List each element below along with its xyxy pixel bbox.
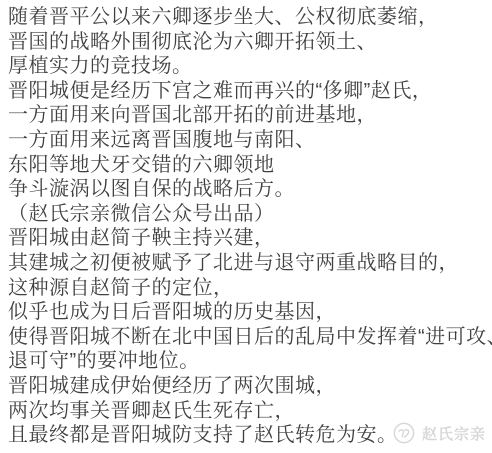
text-line: 晋阳城由赵简子鞅主持兴建， — [8, 226, 488, 251]
text-line: 晋阳城建成伊始便经历了两次围城， — [8, 374, 488, 399]
text-line: 一方面用来远离晋国腹地与南阳、 — [8, 128, 488, 153]
text-line: 两次均事关晋卿赵氏生死存亡， — [8, 399, 488, 424]
watermark: 赵氏宗亲 — [393, 422, 486, 444]
text-line: 退可守”的要冲地位。 — [8, 349, 488, 374]
text-line: 晋阳城便是经历下宫之难而再兴的“侈卿”赵氏， — [8, 79, 488, 104]
text-line: 厚植实力的竞技场。 — [8, 54, 488, 79]
text-line: 随着晋平公以来六卿逐步坐大、公权彻底萎缩， — [8, 5, 488, 30]
text-line: 似乎也成为日后晋阳城的历史基因， — [8, 300, 488, 325]
article-page: 随着晋平公以来六卿逐步坐大、公权彻底萎缩， 晋国的战略外围彻底沦为六卿开拓领土、… — [0, 0, 492, 453]
text-line: 其建城之初便被赋予了北进与退守两重战略目的， — [8, 251, 488, 276]
text-line: 使得晋阳城不断在北中国日后的乱局中发挥着“进可攻、 — [8, 325, 488, 350]
text-line: 这种源自赵简子的定位， — [8, 276, 488, 301]
text-line: 争斗漩涡以图自保的战略后方。 — [8, 177, 488, 202]
text-line: 晋国的战略外围彻底沦为六卿开拓领土、 — [8, 30, 488, 55]
text-line: 东阳等地犬牙交错的六卿领地 — [8, 153, 488, 178]
text-line: （赵氏宗亲微信公众号出品） — [8, 202, 488, 227]
article-body: 随着晋平公以来六卿逐步坐大、公权彻底萎缩， 晋国的战略外围彻底沦为六卿开拓领土、… — [8, 5, 488, 448]
watermark-label: 赵氏宗亲 — [422, 423, 486, 444]
zhao-clan-logo-icon — [393, 422, 415, 444]
text-line: 一方面用来向晋国北部开拓的前进基地， — [8, 103, 488, 128]
